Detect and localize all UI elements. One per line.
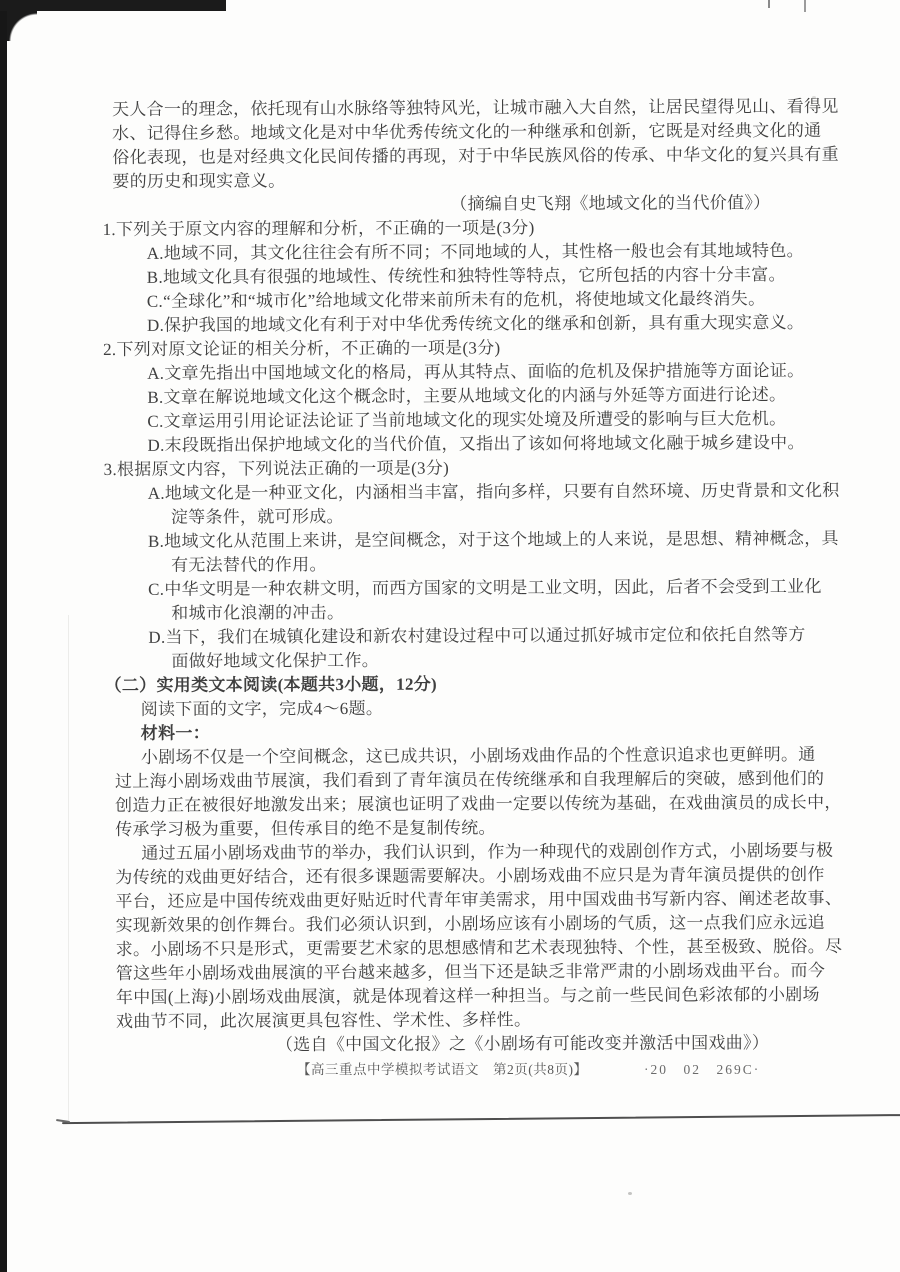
question-1-option-a: A.地域不同，其文化往往会有所不同；不同地域的人，其性格一般也会有其地域特色。 [113,239,791,266]
material-1-para-2-line: 管这些年小剧场戏曲展演的平台越来越多，但当下还是缺乏非常严肃的小剧场戏曲平台。而… [116,959,794,986]
scan-speck [628,1192,632,1195]
question-1-option-d: D.保护我国的地域文化有利于对中华优秀传统文化的继承和创新，具有重大现实意义。 [113,311,791,338]
material-1-para-2-line: 戏曲节不同，此次展演更具包容性、学术性、多样性。 [116,1007,794,1034]
question-1-option-b: B.地域文化具有很强的地域性、传统性和独特性等特点，它所包括的内容十分丰富。 [113,263,791,290]
section-2-heading: （二）实用类文本阅读(本题共3小题，12分) [105,671,793,698]
intro-line: 要的历史和现实意义。 [112,167,790,194]
question-3-option-c-cont: 和城市化浪潮的冲击。 [114,599,792,626]
material-1-para-1-line: 创造力正在被很好地激发出来；展演也证明了戏曲一定要以传统为基础，在戏曲演员的成长… [115,791,793,818]
footer-exam-code: ·20 02 269C· [644,1058,760,1078]
question-2-option-a: A.文章先指出中国地域文化的格局，再从其特点、面临的危机及保护措施等方面论证。 [113,359,791,386]
question-3-option-a-cont: 淀等条件，就可形成。 [114,503,792,530]
material-1-para-2-line: 求。小剧场不只是形式，更需要艺术家的思想感情和艺术表现独特、个性，甚至极致、脱俗… [116,935,794,962]
question-2-option-b: B.文章在解说地域文化这个概念时，主要从地域文化的内涵与外延等方面进行论述。 [113,383,791,410]
exam-text-column: 天人合一的理念，依托现有山水脉络等独特风光，让城市融入大自然，让居民望得见山、看… [112,95,794,1058]
question-3-option-d: D.当下，我们在城镇化建设和新农村建设过程中可以通过抓好城市定位和依托自然等方 [114,623,792,650]
intro-line: 水、记得住乡愁。地域文化是对中华优秀传统文化的一种继承和创新，它既是对经典文化的… [112,119,790,146]
footer-page-info: 【高三重点中学模拟考试语文 第2页(共8页)】 [297,1058,588,1078]
material-1-para-2-line: 实现新效果的创作舞台。我们必须认识到，小剧场应该有小剧场的气质，这一点我们应永远… [116,911,794,938]
question-2-option-d: D.末段既指出保护地域文化的当代价值，又指出了该如何将地域文化融于城乡建设中。 [113,431,791,458]
page-footer: 【高三重点中学模拟考试语文 第2页(共8页)】 ·20 02 269C· [0,1058,900,1078]
pen-mark [804,0,806,12]
paper-rounded-corner-shadow [7,11,37,41]
question-3-stem: 3.根据原文内容，下列说法正确的一项是(3分) [104,455,792,482]
question-3-option-a: A.地域文化是一种亚文化，内涵相当丰富，指向多样，只要有自然环境、历史背景和文化… [114,479,792,506]
question-1-option-c: C.“全球化”和“城市化”给地域文化带来前所未有的危机，将使地域文化最终消失。 [113,287,791,314]
source-attribution-1: （摘编自史飞翔《地域文化的当代价值》） [112,191,790,218]
question-2-stem: 2.下列对原文论证的相关分析，不正确的一项是(3分) [103,335,791,362]
paper-crease [68,615,69,1120]
material-1-para-1-line: 传承学习极为重要，但传承目的绝不是复制传统。 [115,815,793,842]
paper-bottom-edge-line [62,1114,900,1124]
intro-line: 俗化表现，也是对经典文化民间传播的再现，对于中华民族风俗的传承、中华文化的复兴具… [112,143,790,170]
material-1-label: 材料一： [115,719,793,746]
scanner-edge-shadow-top [0,0,226,11]
material-1-para-2-line: 年中国(上海)小剧场戏曲展演，就是体现着这样一种担当。与之前一些民间色彩浓郁的小… [116,983,794,1010]
material-1-para-1-line: 小剧场不仅是一个空间概念，这已成共识，小剧场戏曲作品的个性意识追求也更鲜明。通 [115,743,793,770]
scanned-exam-page: 天人合一的理念，依托现有山水脉络等独特风光，让城市融入大自然，让居民望得见山、看… [0,0,900,1272]
question-3-option-b-cont: 有无法替代的作用。 [114,551,792,578]
question-3-option-d-cont: 面做好地域文化保护工作。 [114,647,792,674]
question-1-stem: 1.下列关于原文内容的理解和分析，不正确的一项是(3分) [103,215,791,242]
pen-mark [768,0,770,8]
question-3-option-b: B.地域文化从范围上来讲，是空间概念，对于这个地域上的人来说，是思想、精神概念，… [114,527,792,554]
material-1-para-2-line: 为传统的戏曲更好结合，还有很多课题需要解决。小剧场戏曲不应只是为青年演员提供的创… [115,863,793,890]
scanner-edge-shadow-left [0,0,7,1272]
material-1-para-2-line: 平台，还应是中国传统戏曲更好贴近时代青年审美需求，用中国戏曲书写新内容、阐述老故… [115,887,793,914]
question-3-option-c: C.中华文明是一种农耕文明，而西方国家的文明是工业文明，因此，后者不会受到工业化 [114,575,792,602]
question-2-option-c: C.文章运用引用论证法论证了当前地域文化的现实处境及所遭受的影响与巨大危机。 [113,407,791,434]
material-1-para-1-line: 过上海小剧场戏曲节展演，我们看到了青年演员在传统继承和自我理解后的突破，感到他们… [115,767,793,794]
material-1-para-2-line: 通过五届小剧场戏曲节的举办，我们认识到，作为一种现代的戏剧创作方式，小剧场要与极 [115,839,793,866]
intro-line: 天人合一的理念，依托现有山水脉络等独特风光，让城市融入大自然，让居民望得见山、看… [112,95,790,122]
source-attribution-2: （选自《中国文化报》之《小剧场有可能改变并激活中国戏曲》） [116,1031,794,1058]
section-2-instruction: 阅读下面的文字，完成4～6题。 [115,695,793,722]
